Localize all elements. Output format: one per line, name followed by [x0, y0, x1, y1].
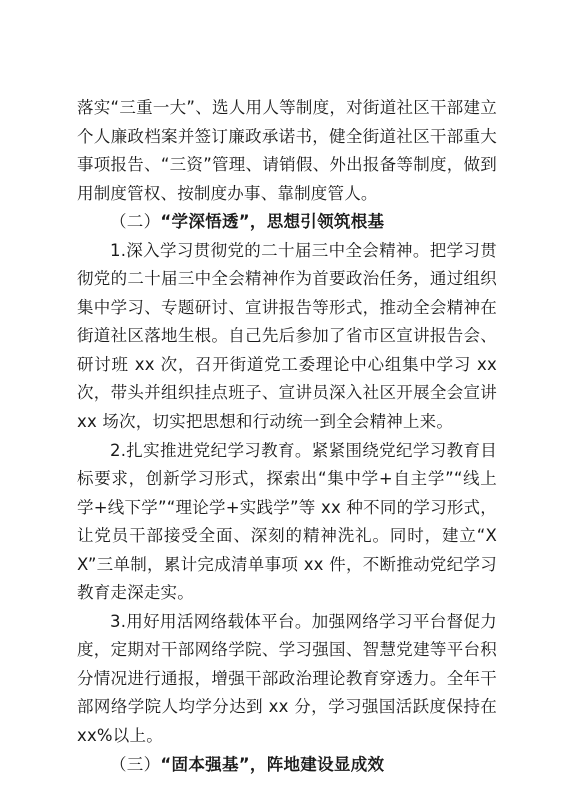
section-number: （二）: [110, 212, 160, 231]
paragraph-item-2: 2.扎实推进党纪学习教育。紧紧围绕党纪学习教育目标要求，创新学习形式，探索出“集…: [77, 437, 497, 608]
document-page: 落实“三重一大”、选人用人等制度，对街道社区干部建立个人廉政档案并签订廉政承诺书…: [77, 94, 497, 779]
section-subtitle: ，思想引领筑根基: [250, 212, 384, 231]
section-subtitle: ，阵地建设显成效: [250, 755, 384, 774]
section-heading-2: （二）“学深悟透”，思想引领筑根基: [77, 208, 497, 237]
paragraph-item-1: 1.深入学习贯彻党的二十届三中全会精神。把学习贯彻党的二十届三中全会精神作为首要…: [77, 237, 497, 437]
section-heading-3: （三）“固本强基”，阵地建设显成效: [77, 751, 497, 780]
section-title: “固本强基”: [160, 755, 250, 774]
section-title: “学深悟透”: [160, 212, 250, 231]
paragraph-item-3: 3.用好用活网络载体平台。加强网络学习平台督促力度，定期对干部网络学院、学习强国…: [77, 608, 497, 751]
paragraph-institutional-rules: 落实“三重一大”、选人用人等制度，对街道社区干部建立个人廉政档案并签订廉政承诺书…: [77, 94, 497, 208]
section-number: （三）: [110, 755, 160, 774]
